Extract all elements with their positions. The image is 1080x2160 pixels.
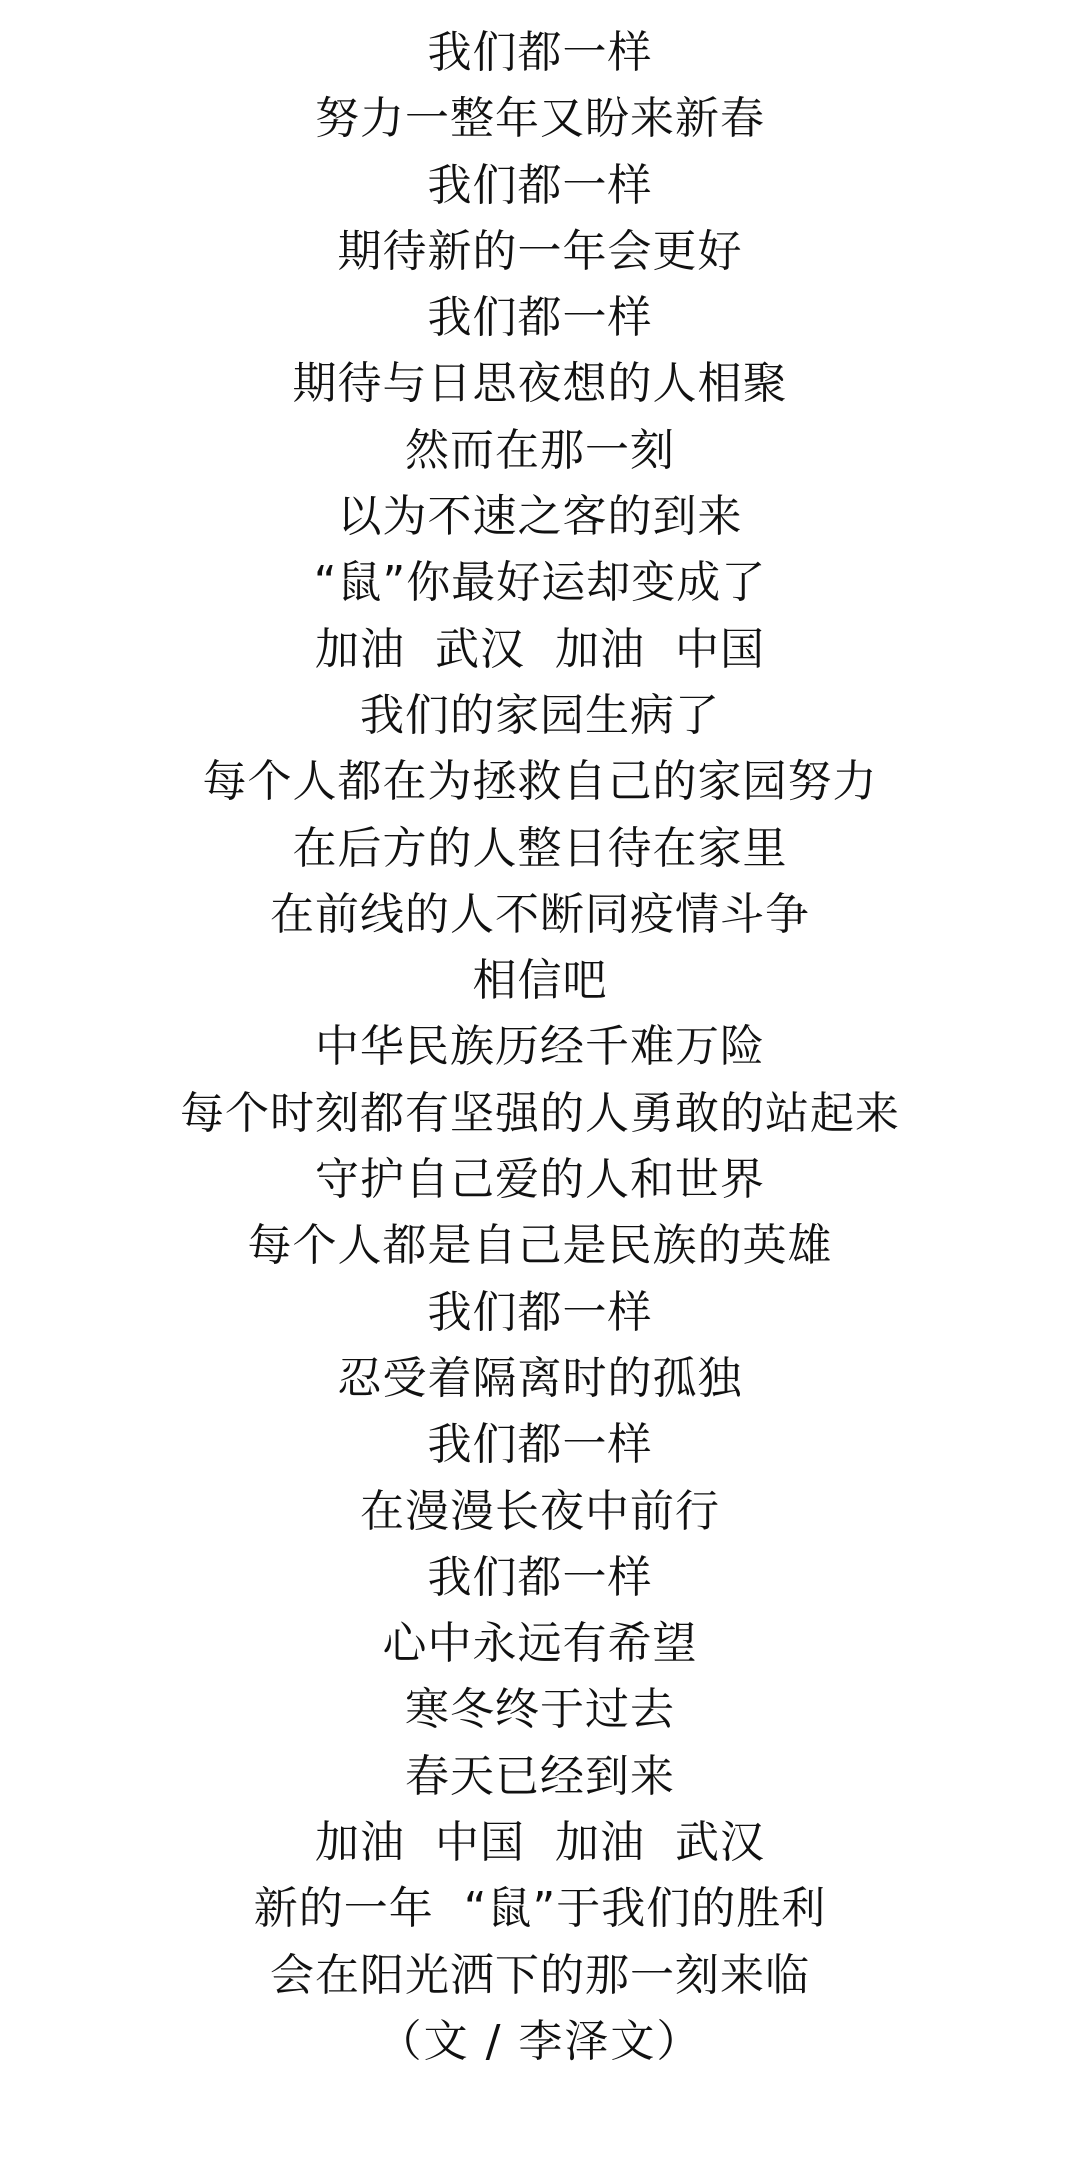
poem-line: 每个人都在为拯救自己的家园努力 bbox=[0, 749, 1080, 815]
poem-line: 我们都一样 bbox=[0, 1280, 1080, 1346]
poem-line: 在前线的人不断同疫情斗争 bbox=[0, 882, 1080, 948]
poem-line: 春天已经到来 bbox=[0, 1744, 1080, 1810]
poem-line: 新的一年 “鼠”于我们的胜利 bbox=[0, 1876, 1080, 1942]
poem-line: 我们都一样 bbox=[0, 285, 1080, 351]
poem-line: 期待新的一年会更好 bbox=[0, 219, 1080, 285]
poem-line: 然而在那一刻 bbox=[0, 418, 1080, 484]
poem-line: 我们都一样 bbox=[0, 20, 1080, 86]
poem-line: 每个人都是自己是民族的英雄 bbox=[0, 1213, 1080, 1279]
poem-line: 相信吧 bbox=[0, 948, 1080, 1014]
poem-line: 心中永远有希望 bbox=[0, 1611, 1080, 1677]
poem-line: 在后方的人整日待在家里 bbox=[0, 816, 1080, 882]
poem-line: 寒冬终于过去 bbox=[0, 1677, 1080, 1743]
poem-line: 每个时刻都有坚强的人勇敢的站起来 bbox=[0, 1081, 1080, 1147]
poem-line: 守护自己爱的人和世界 bbox=[0, 1147, 1080, 1213]
poem-line: 努力一整年又盼来新春 bbox=[0, 86, 1080, 152]
poem-line: 加油 中国 加油 武汉 bbox=[0, 1810, 1080, 1876]
poem: 我们都一样 努力一整年又盼来新春 我们都一样 期待新的一年会更好 我们都一样 期… bbox=[0, 20, 1080, 2075]
poem-line: 期待与日思夜想的人相聚 bbox=[0, 351, 1080, 417]
poem-line: 我们都一样 bbox=[0, 1545, 1080, 1611]
poem-line: 中华民族历经千难万险 bbox=[0, 1014, 1080, 1080]
poem-line: 在漫漫长夜中前行 bbox=[0, 1479, 1080, 1545]
author-credit: （文 / 李泽文） bbox=[0, 2009, 1080, 2075]
poem-line: 我们都一样 bbox=[0, 153, 1080, 219]
poem-line: 加油 武汉 加油 中国 bbox=[0, 617, 1080, 683]
poem-line: “鼠”你最好运却变成了 bbox=[0, 550, 1080, 616]
poem-line: 我们都一样 bbox=[0, 1412, 1080, 1478]
poem-line: 我们的家园生病了 bbox=[0, 683, 1080, 749]
poem-line: 会在阳光洒下的那一刻来临 bbox=[0, 1943, 1080, 2009]
poem-line: 忍受着隔离时的孤独 bbox=[0, 1346, 1080, 1412]
poem-line: 以为不速之客的到来 bbox=[0, 484, 1080, 550]
